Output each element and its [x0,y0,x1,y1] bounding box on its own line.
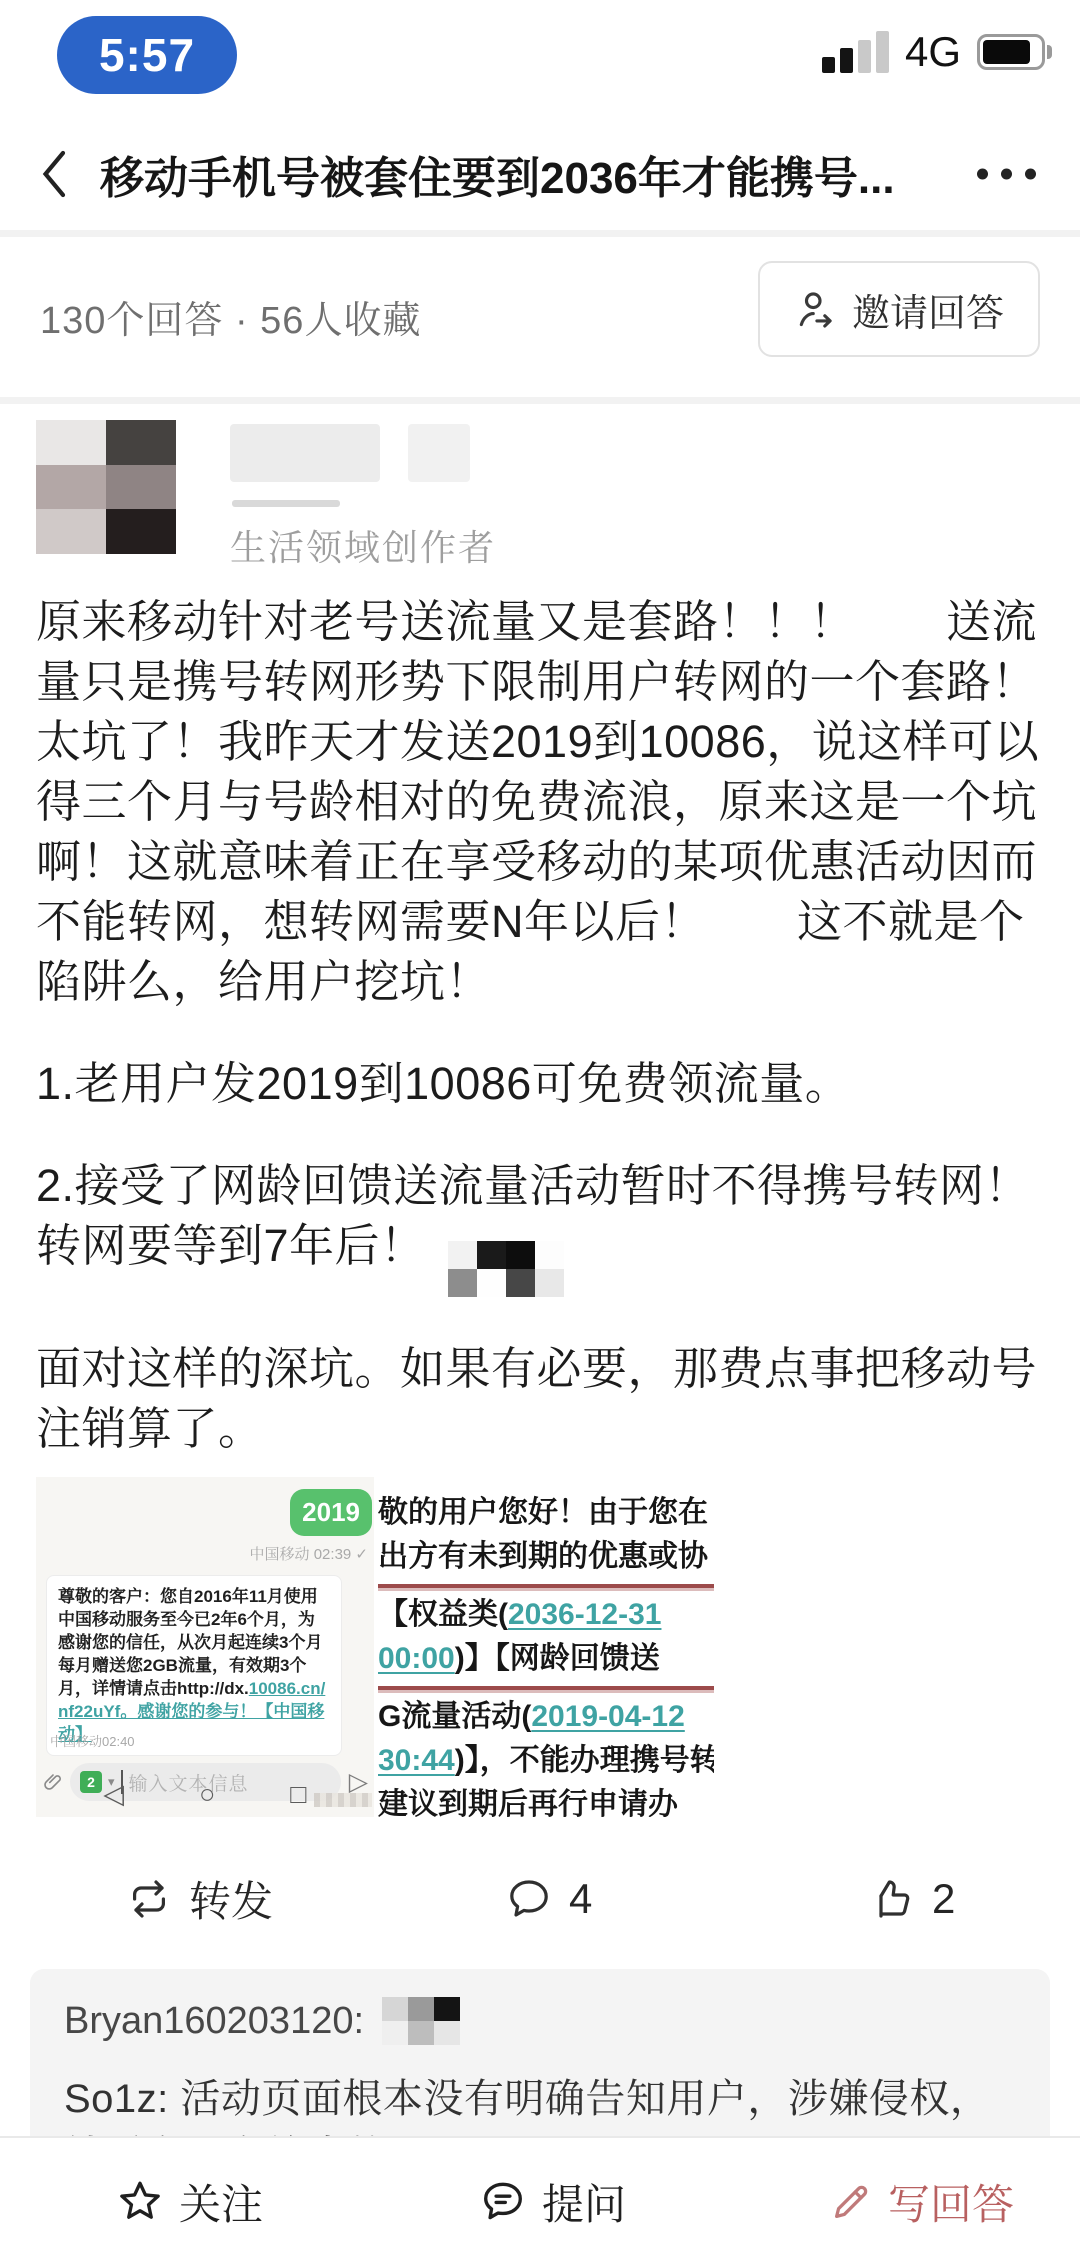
detail-line-2: 出方有未到期的优惠或协 [378,1535,714,1579]
android-home-icon: ○ [199,1779,215,1810]
thumbs-up-icon [868,1875,916,1923]
comment-author: Bryan160203120: [64,2000,364,2043]
censored-username [230,424,380,482]
action-bar: 转发 4 2 [0,1851,1080,1947]
nav-bar: 移动手机号被套住要到2036年才能携号... [0,118,1080,230]
comment-button[interactable]: 4 [505,1851,592,1947]
sms-received-meta: 中国移动02:40 [50,1731,135,1750]
author-badge: 生活领域创作者 [230,520,496,571]
sms-sent-meta: 中国移动 02:39 ✓ [250,1543,368,1564]
repost-label: 转发 [189,1869,273,1929]
signal-strength-icon [822,31,889,73]
star-icon [115,2177,165,2227]
paragraph-1: 原来移动针对老号送流量又是套路！！！ 送流量只是携号转网形势下限制用户转网的一个… [36,592,1044,1012]
divider [0,397,1080,404]
detail-line-6: 30:44)】，不能办理携号转 [378,1739,714,1783]
answer-body: 原来移动针对老号送流量又是套路！！！ 送流量只是携号转网形势下限制用户转网的一个… [36,592,1044,1459]
page-title: 移动手机号被套住要到2036年才能携号... [100,142,895,206]
invite-answer-label: 邀请回答 [852,282,1004,337]
status-time: 5:57 [99,28,195,82]
answer-author: 生活领域创作者 [0,404,1080,584]
red-rule [378,1584,714,1588]
censored-avatar[interactable] [36,420,176,554]
detail-line-3: 【权益类(2036-12-31 [378,1593,714,1637]
invite-answer-button[interactable]: 邀请回答 [758,261,1040,357]
paragraph-4: 面对这样的深坑。如果有必要，那费点事把移动号注销算了。 [36,1339,1044,1459]
time-link: 30:44 [378,1744,455,1777]
detail-line-4: 00:00)】【网龄回馈送 [378,1637,714,1681]
pencil-icon [828,2179,874,2225]
censored-comment [382,1997,460,2045]
answer-stats: 130个回答 · 56人收藏 [40,289,421,344]
invite-person-icon [794,287,838,331]
attached-image[interactable]: 2019 中国移动 02:39 ✓ 尊敬的客户：您自2016年11月使用中国移动… [36,1477,714,1817]
comment-count: 4 [569,1875,592,1923]
comment-icon [505,1875,553,1923]
paragraph-3: 2.接受了网龄回馈送流量活动暂时不得携号转网！转网要等到7年后！ [36,1156,1044,1297]
time-pill[interactable]: 5:57 [57,16,237,94]
ask-bubble-icon [478,2177,528,2227]
censored-watermark [314,1793,372,1807]
battery-icon [977,34,1052,70]
censored-username-2 [408,424,470,482]
write-answer-label: 写回答 [888,2172,1014,2232]
repost-button[interactable]: 转发 [125,1851,273,1947]
follow-button[interactable]: 关注 [115,2138,263,2266]
comment-line-1: Bryan160203120: [64,1997,1016,2045]
date-link: 2019-04-12 [531,1700,684,1733]
android-back-icon: ◁ [103,1779,124,1810]
sms-detail-panel: 敬的用户您好！由于您在 出方有未到期的优惠或协 【权益类(2036-12-31 … [378,1477,714,1817]
sms-received-bubble: 尊敬的客户：您自2016年11月使用中国移动服务至今已2年6个月，为感谢您的信任… [46,1575,342,1756]
back-icon[interactable] [34,146,78,202]
divider [0,230,1080,237]
detail-line-5: G流量活动(2019-04-12 [378,1695,714,1739]
ask-label: 提问 [542,2172,626,2232]
time-link: 00:00 [378,1642,455,1675]
bottom-bar: 关注 提问 写回答 [0,2136,1080,2268]
censored-userinfo [232,500,340,507]
red-rule [378,1686,714,1690]
detail-line-7: 建议到期后再行申请办 [378,1783,714,1817]
ask-button[interactable]: 提问 [478,2138,626,2266]
censored-inline [448,1241,564,1297]
like-count: 2 [932,1875,955,1923]
follow-label: 关注 [179,2172,263,2232]
status-bar: 5:57 4G [0,0,1080,118]
question-meta: 130个回答 · 56人收藏 邀请回答 [0,237,1080,397]
paragraph-2: 1.老用户发2019到10086可免费领流量。 [36,1054,1044,1114]
repost-icon [125,1875,173,1923]
like-button[interactable]: 2 [868,1851,955,1947]
android-recent-icon: □ [290,1779,306,1810]
write-answer-button[interactable]: 写回答 [828,2138,1014,2266]
app-screen: { "status_bar": { "time": "5:57", "netwo… [0,0,1080,2268]
detail-line-1: 敬的用户您好！由于您在 [378,1491,714,1535]
sms-panel: 2019 中国移动 02:39 ✓ 尊敬的客户：您自2016年11月使用中国移动… [36,1477,374,1817]
more-options-icon[interactable] [977,169,1036,180]
date-link: 2036-12-31 [508,1598,661,1631]
sms-sent-bubble: 2019 [290,1489,372,1536]
network-type: 4G [905,28,961,76]
